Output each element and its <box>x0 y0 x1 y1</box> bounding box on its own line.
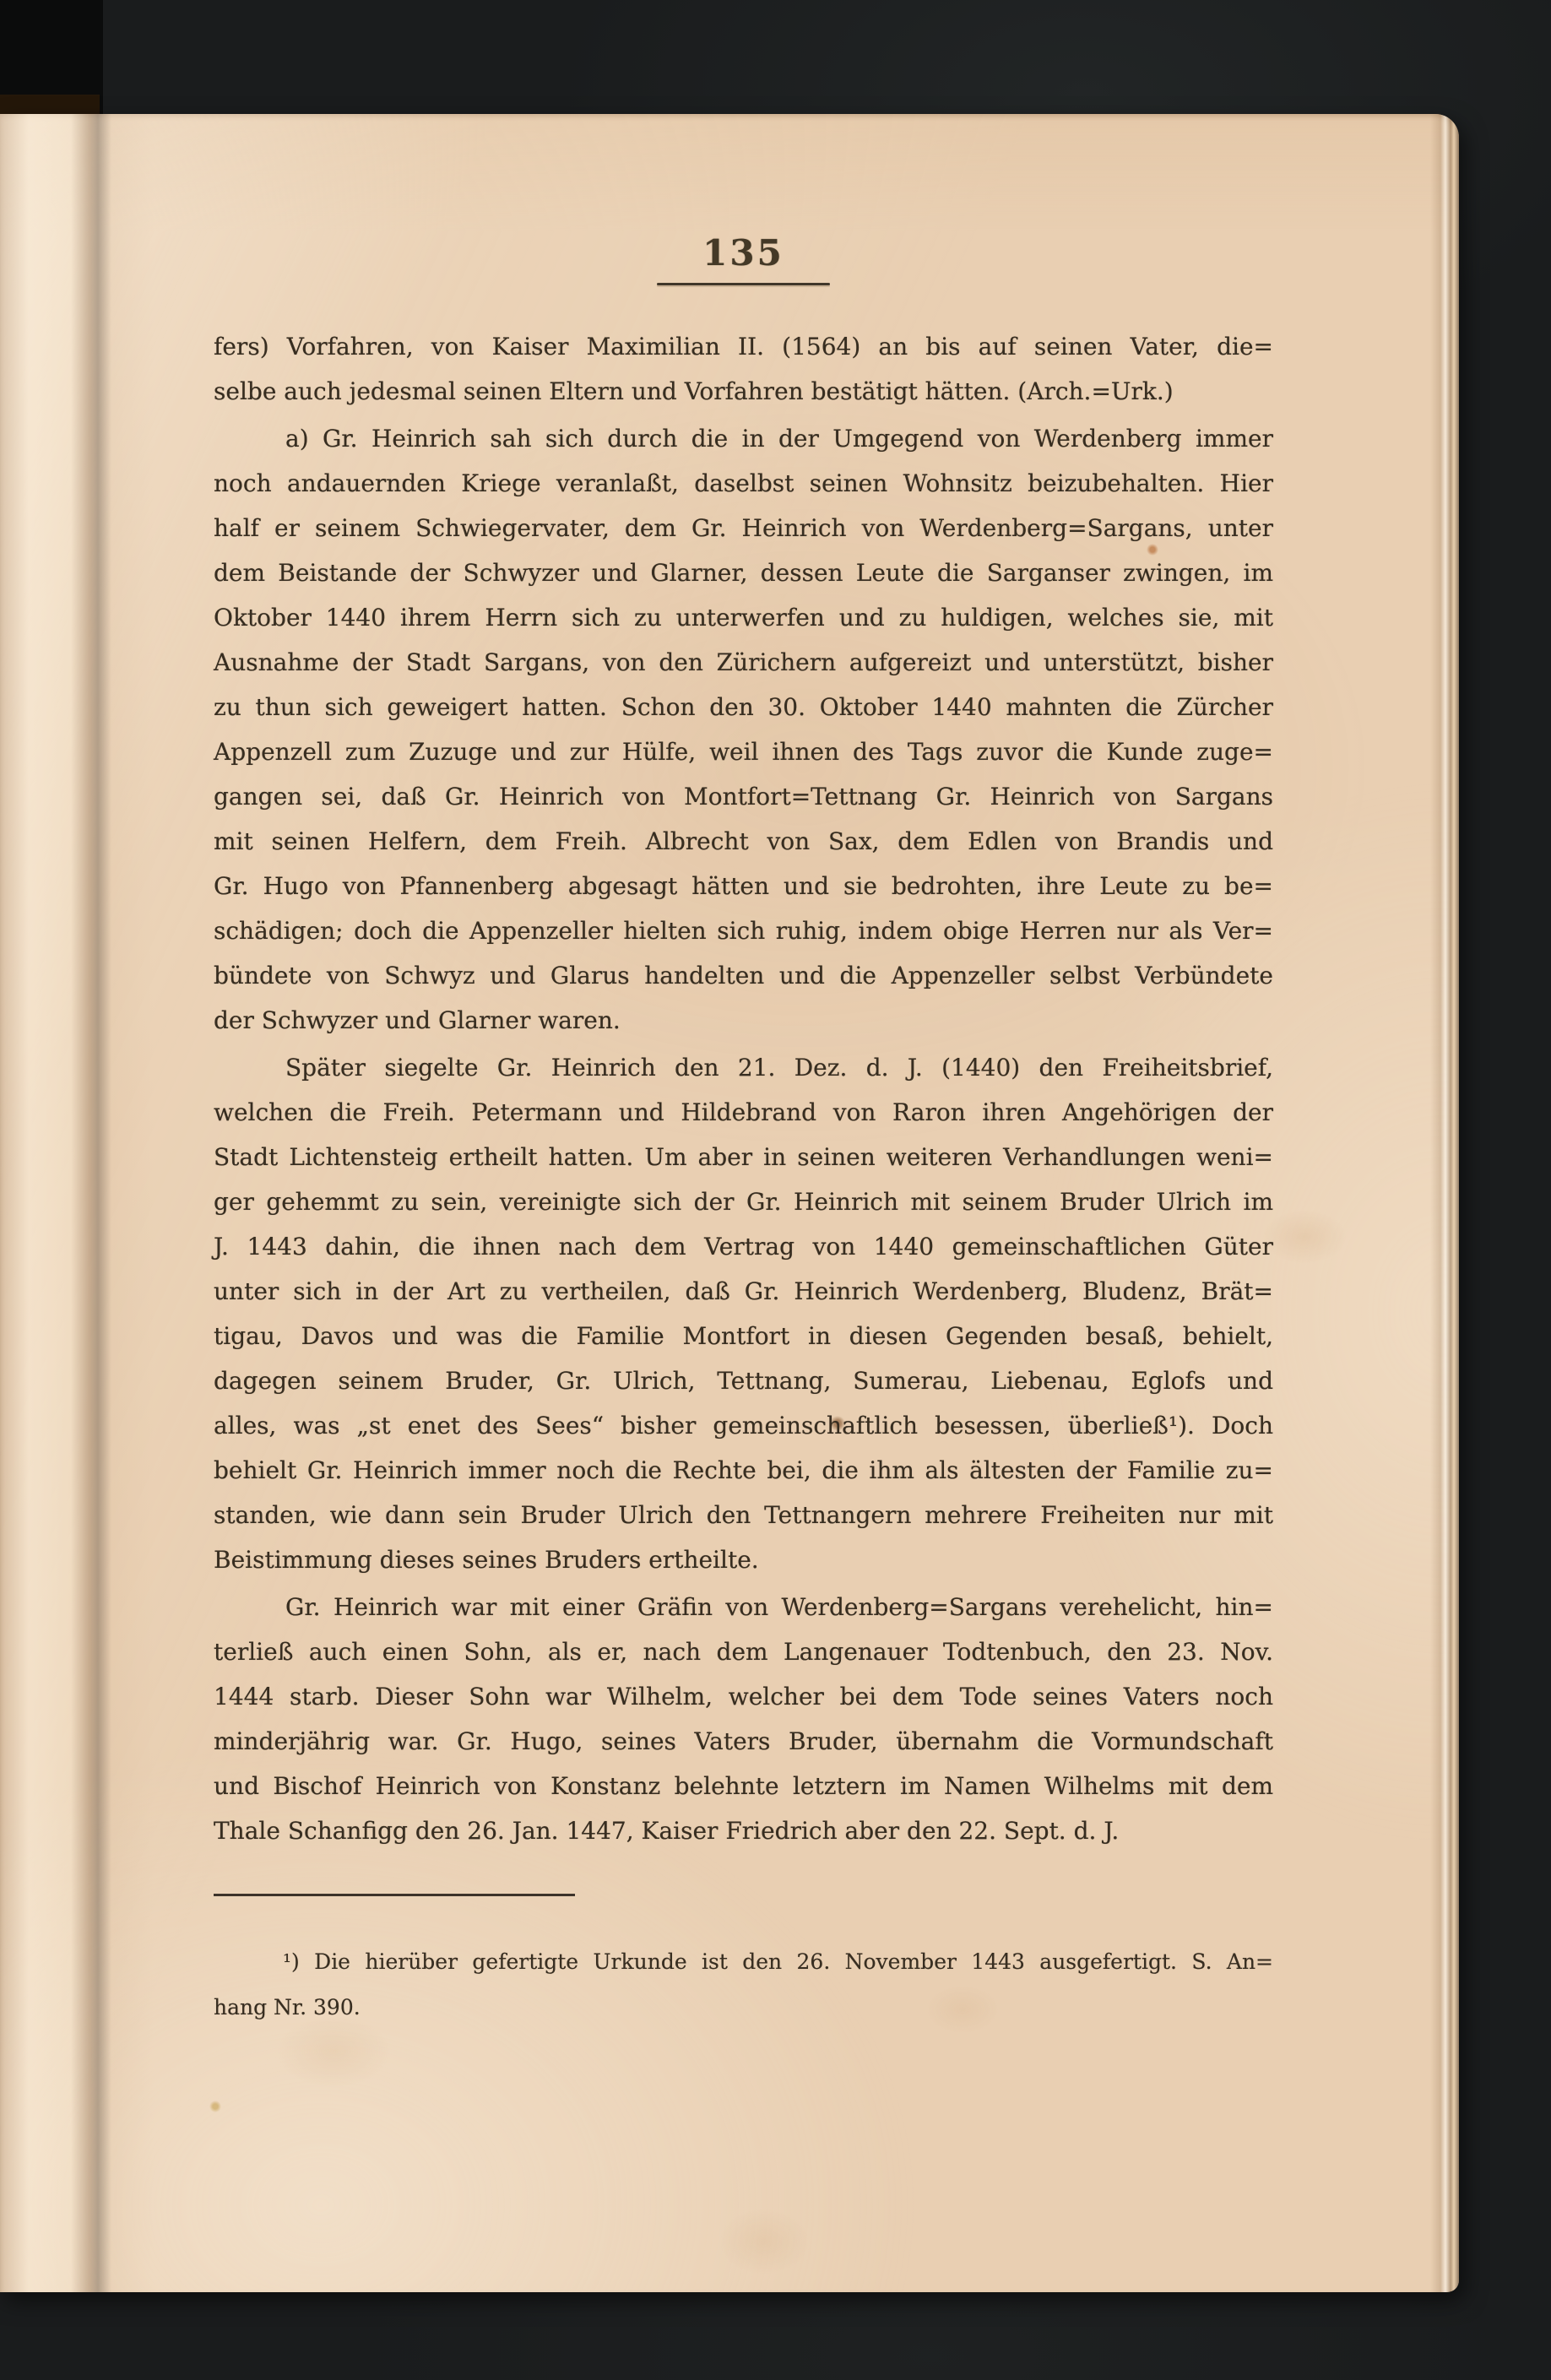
body-text: fers) Vorfahren, von Kaiser Maximilian I… <box>214 324 1273 1853</box>
text-line: schädigen; doch die Appenzeller hielten … <box>214 908 1273 953</box>
text-line: Beistimmung dieses seines Bruders erthei… <box>214 1537 1273 1582</box>
text-line: Später siegelte Gr. Heinrich den 21. Dez… <box>214 1045 1273 1090</box>
text-line: Oktober 1440 ihrem Herrn sich zu unterwe… <box>214 595 1273 640</box>
text-line: a) Gr. Heinrich sah sich durch die in de… <box>214 416 1273 461</box>
text-line: fers) Vorfahren, von Kaiser Maximilian I… <box>214 324 1273 369</box>
text-line: gangen sei, daß Gr. Heinrich von Montfor… <box>214 774 1273 819</box>
text-line: dagegen seinem Bruder, Gr. Ulrich, Tettn… <box>214 1358 1273 1403</box>
page-number: 135 <box>702 232 784 274</box>
text-line: Thale Schanfigg den 26. Jan. 1447, Kaise… <box>214 1808 1273 1853</box>
text-line: und Bischof Heinrich von Konstanz belehn… <box>214 1764 1273 1808</box>
gutter-fold <box>0 114 160 2292</box>
text-line: standen, wie dann sein Bruder Ulrich den… <box>214 1493 1273 1537</box>
text-line: welchen die Freih. Petermann und Hildebr… <box>214 1090 1273 1135</box>
text-line: noch andauernden Kriege veranlaßt, dasel… <box>214 461 1273 506</box>
text-line: Appenzell zum Zuzuge und zur Hülfe, weil… <box>214 729 1273 774</box>
text-line: J. 1443 dahin, die ihnen nach dem Vertra… <box>214 1224 1273 1269</box>
text-line: mit seinen Helfern, dem Freih. Albrecht … <box>214 819 1273 864</box>
text-line: tigau, Davos und was die Familie Montfor… <box>214 1314 1273 1358</box>
text-line: selbe auch jedesmal seinen Eltern und Vo… <box>214 369 1273 414</box>
text-line: behielt Gr. Heinrich immer noch die Rech… <box>214 1448 1273 1493</box>
page-header: 135 <box>214 232 1273 274</box>
text-line: 1444 starb. Dieser Sohn war Wilhelm, wel… <box>214 1674 1273 1719</box>
text-line: der Schwyzer und Glarner waren. <box>214 998 1273 1043</box>
text-line: Stadt Lichtensteig ertheilt hatten. Um a… <box>214 1135 1273 1179</box>
footnote: ¹) Die hierüber gefertigte Urkunde ist d… <box>214 1939 1273 2030</box>
text-line: bündete von Schwyz und Glarus handelten … <box>214 953 1273 998</box>
text-line: terließ auch einen Sohn, als er, nach de… <box>214 1629 1273 1674</box>
text-line: dem Beistande der Schwyzer und Glarner, … <box>214 550 1273 595</box>
text-line: alles, was „st enet des Sees“ bisher gem… <box>214 1403 1273 1448</box>
text-line: ¹) Die hierüber gefertigte Urkunde ist d… <box>214 1939 1273 1985</box>
text-line: hang Nr. 390. <box>214 1985 1273 2030</box>
text-line: minderjährig war. Gr. Hugo, seines Vater… <box>214 1719 1273 1764</box>
text-line: ger gehemmt zu sein, vereinigte sich der… <box>214 1179 1273 1224</box>
text-line: zu thun sich geweigert hatten. Schon den… <box>214 685 1273 729</box>
text-line: Ausnahme der Stadt Sargans, von den Züri… <box>214 640 1273 685</box>
page-number-rule <box>657 283 830 285</box>
scan-background: { "colors": { "background": "#1a1c1d", "… <box>0 0 1551 2380</box>
text-line: half er seinem Schwiegervater, dem Gr. H… <box>214 506 1273 550</box>
footnote-separator <box>214 1894 575 1896</box>
page-edge-stack <box>1430 114 1459 2292</box>
book-page: 135 fers) Vorfahren, von Kaiser Maximili… <box>0 114 1459 2292</box>
text-line: Gr. Heinrich war mit einer Gräfin von We… <box>214 1585 1273 1629</box>
text-line: Gr. Hugo von Pfannenberg abgesagt hätten… <box>214 864 1273 908</box>
text-line: unter sich in der Art zu vertheilen, daß… <box>214 1269 1273 1314</box>
